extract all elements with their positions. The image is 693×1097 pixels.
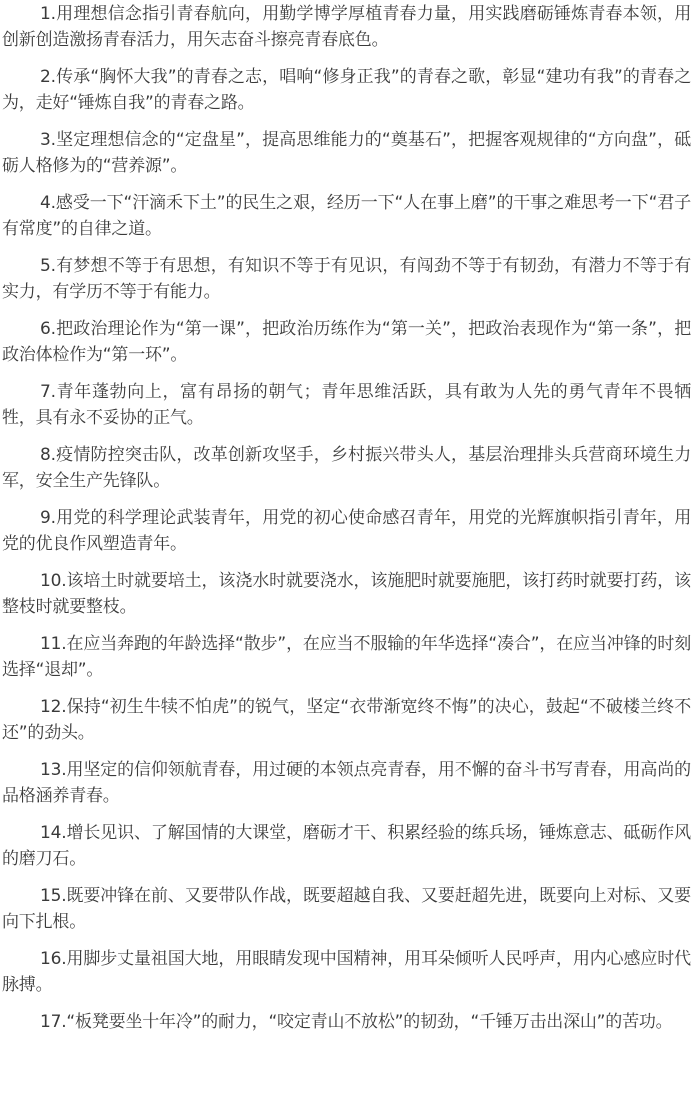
paragraph-14: 14.增长见识、了解国情的大课堂，磨砺才干、积累经验的练兵场，锤炼意志、砥砺作风… [2, 820, 691, 872]
paragraph-10: 10.该培土时就要培土，该浇水时就要浇水，该施肥时就要施肥，该打药时就要打药，该… [2, 568, 691, 620]
article-body: 1.用理想信念指引青春航向，用勤学博学厚植青春力量，用实践磨砺锤炼青春本领，用创… [0, 0, 691, 1035]
paragraph-15: 15.既要冲锋在前、又要带队作战，既要超越自我、又要赶超先进，既要向上对标、又要… [2, 883, 691, 935]
paragraph-7: 7.青年蓬勃向上，富有昂扬的朝气；青年思维活跃，具有敢为人先的勇气青年不畏牺牲，… [2, 379, 691, 431]
paragraph-16: 16.用脚步丈量祖国大地，用眼睛发现中国精神，用耳朵倾听人民呼声，用内心感应时代… [2, 946, 691, 998]
paragraph-9: 9.用党的科学理论武装青年，用党的初心使命感召青年，用党的光辉旗帜指引青年，用党… [2, 505, 691, 557]
paragraph-17: 17.“板凳要坐十年冷”的耐力，“咬定青山不放松”的韧劲，“千锤万击出深山”的苦… [2, 1009, 691, 1035]
paragraph-8: 8.疫情防控突击队，改革创新攻坚手，乡村振兴带头人，基层治理排头兵营商环境生力军… [2, 442, 691, 494]
paragraph-3: 3.坚定理想信念的“定盘星”，提高思维能力的“奠基石”，把握客观规律的“方向盘”… [2, 127, 691, 179]
paragraph-11: 11.在应当奔跑的年龄选择“散步”，在应当不服输的年华选择“凑合”，在应当冲锋的… [2, 631, 691, 683]
paragraph-13: 13.用坚定的信仰领航青春，用过硬的本领点亮青春，用不懈的奋斗书写青春，用高尚的… [2, 757, 691, 809]
paragraph-6: 6.把政治理论作为“第一课”，把政治历练作为“第一关”，把政治表现作为“第一条”… [2, 316, 691, 368]
paragraph-12: 12.保持“初生牛犊不怕虎”的锐气，坚定“衣带渐宽终不悔”的决心，鼓起“不破楼兰… [2, 694, 691, 746]
paragraph-4: 4.感受一下“汗滴禾下土”的民生之艰，经历一下“人在事上磨”的干事之难思考一下“… [2, 190, 691, 242]
paragraph-2: 2.传承“胸怀大我”的青春之志，唱响“修身正我”的青春之歌，彰显“建功有我”的青… [2, 64, 691, 116]
paragraph-1: 1.用理想信念指引青春航向，用勤学博学厚植青春力量，用实践磨砺锤炼青春本领，用创… [2, 1, 691, 53]
paragraph-5: 5.有梦想不等于有思想，有知识不等于有见识，有闯劲不等于有韧劲，有潜力不等于有实… [2, 253, 691, 305]
